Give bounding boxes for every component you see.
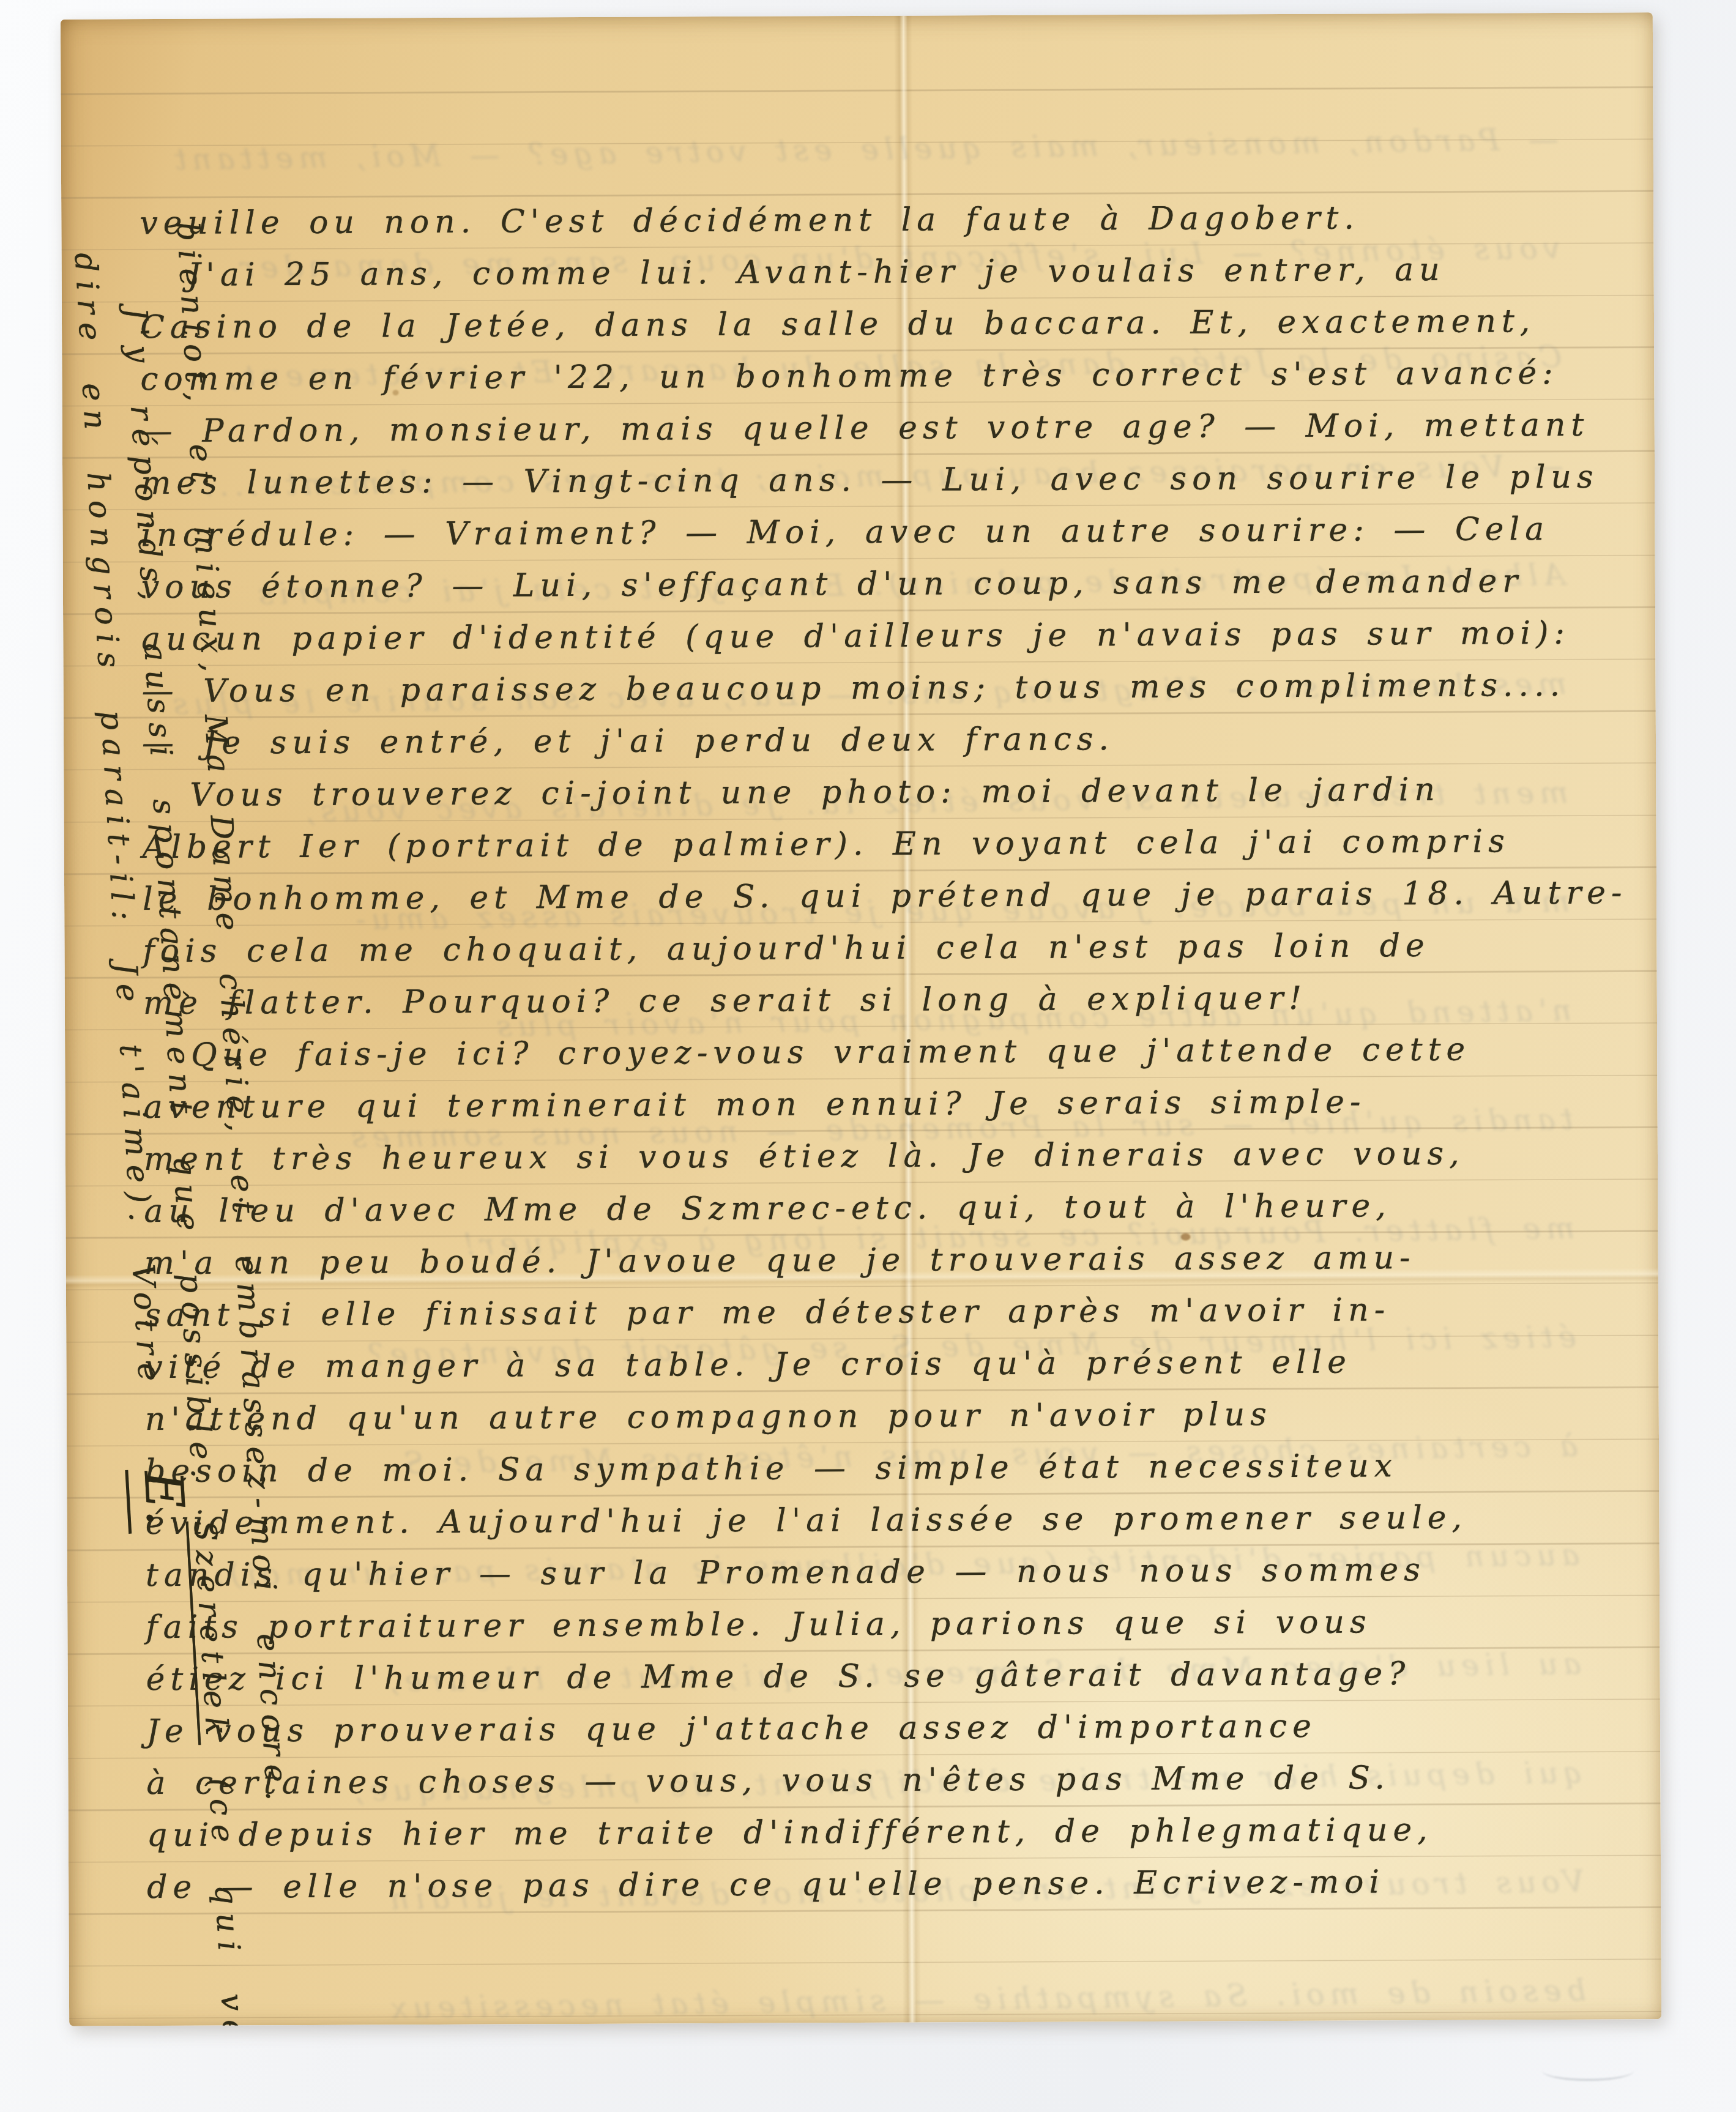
letter-line: veuille ou non. C'est décidément la faut… [140,191,1651,250]
signature-initial: E. [125,1467,196,1534]
letter-line: Que fais-je ici? croyez-vous vraiment qu… [143,1023,1655,1082]
letter-line: me flatter. Pourquoi? ce serait si long … [143,971,1655,1030]
letter-line: incrédule: — Vraiment? — Moi, avec un au… [141,503,1652,562]
letter-line: Je vous prouverais que j'attache assez d… [146,1699,1658,1758]
letter-line: — Pardon, monsieur, mais quelle est votr… [141,399,1652,458]
letter-line: aucun papier d'identité (que d'ailleurs … [141,607,1653,666]
letter-body: veuille ou non. C'est décidément la faut… [140,191,1658,1914]
letter-line: fois cela me choquait, aujourd'hui cela … [143,919,1654,978]
letter-line: vous étonne? — Lui, s'effaçant d'un coup… [141,555,1653,614]
letter-line: — Vous en paraissez beaucoup moins; tous… [141,659,1653,718]
letter-line: Albert Ier (portrait de palmier). En voy… [143,815,1654,874]
letter-line: comme en février '22, un bonhomme très c… [140,347,1652,406]
letter-line: étiez ici l'humeur de Mme de S. se gâter… [146,1647,1658,1706]
letter-line: n'attend qu'un autre compagnon pour n'av… [145,1387,1656,1446]
letter-line: mes lunettes: — Vingt-cinq ans. — Lui, a… [141,451,1652,510]
letter-line: au lieu d'avec Mme de Szmrec-etc. qui, t… [144,1179,1655,1238]
letter-page: — Pardon, monsieur, mais quelle est votr… [61,12,1661,2026]
letter-line: aventure qui terminerait mon ennui? Je s… [143,1075,1655,1134]
letter-line: sant si elle finissait par me détester a… [144,1283,1656,1342]
letter-line: à certaines choses — vous, vous n'êtes p… [146,1751,1658,1810]
pencil-smudge [1542,2061,1634,2081]
letter-line: ment très heureux si vous étiez là. Je d… [144,1127,1655,1186]
letter-line: — Je suis entré, et j'ai perdu deux fran… [142,711,1653,770]
letter-line: m'a un peu boudé. J'avoue que je trouver… [144,1231,1656,1290]
letter-line: besoin de moi. Sa sympathie — simple éta… [145,1439,1656,1498]
scanner-background: — Pardon, monsieur, mais quelle est votr… [0,0,1736,2112]
letter-line: faits portraiturer ensemble. Julia, pari… [146,1595,1657,1654]
letter-line: qui depuis hier me traite d'indifférent,… [147,1803,1658,1862]
letter-line: évidemment. Aujourd'hui je l'ai laissée … [145,1491,1656,1550]
letter-line: de — elle n'ose pas dire ce qu'elle pens… [147,1855,1658,1914]
letter-line: Casino de la Jetée, dans la salle du bac… [140,295,1652,354]
letter-line: le bonhomme, et Mme de S. qui prétend qu… [143,867,1654,926]
letter-line: Vous trouverez ci-joint une photo: moi d… [142,763,1653,822]
letter-line: vité de manger à sa table. Je crois qu'à… [144,1335,1656,1394]
letter-line: J'ai 25 ans, comme lui. Avant-hier je vo… [140,243,1652,302]
letter-line: tandis qu'hier — sur la Promenade — nous… [146,1543,1657,1602]
